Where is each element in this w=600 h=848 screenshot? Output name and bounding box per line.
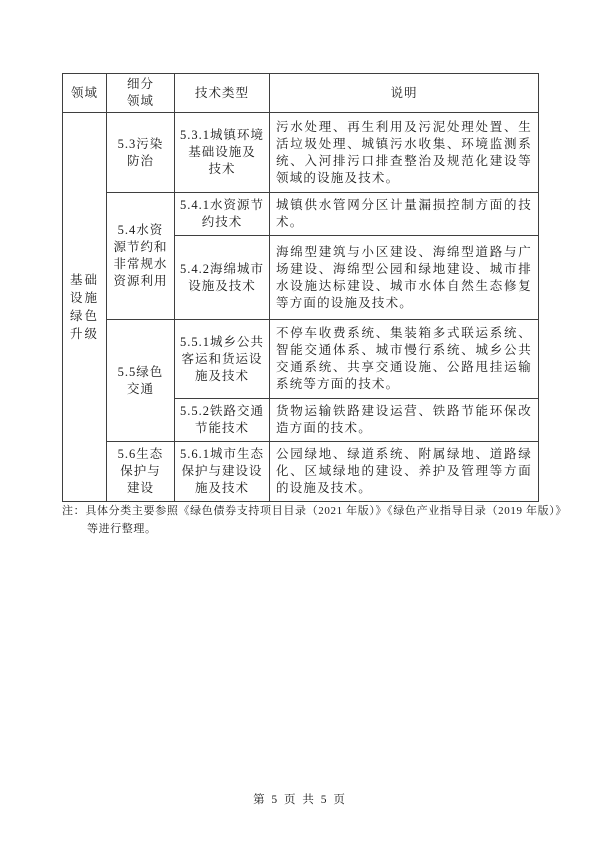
tech-type-cell: 5.5.2铁路交通 节能技术: [175, 399, 270, 442]
tech-type-cell: 5.5.1城乡公共 客运和货运设 施及技术: [175, 320, 270, 399]
subdomain-cell: 5.5绿色 交通: [107, 320, 175, 442]
description-cell: 污水处理、再生利用及污泥处理处置、生活垃圾处理、城镇污水收集、环境监测系统、入河…: [270, 113, 539, 193]
description-cell: 不停车收费系统、集装箱多式联运系统、智能交通体系、城市慢行系统、城乡公共交通系统…: [270, 320, 539, 399]
column-header-tech-type: 技术类型: [175, 74, 270, 113]
classification-table: 领域 细分 领域 技术类型 说明 基础 设施 绿色 升级 5.3污染 防治 5.…: [62, 73, 539, 502]
description-cell: 货物运输铁路建设运营、铁路节能环保改造方面的技术。: [270, 399, 539, 442]
tech-type-cell: 5.4.2海绵城市 设施及技术: [175, 236, 270, 320]
description-cell: 城镇供水管网分区计量漏损控制方面的技术。: [270, 193, 539, 236]
note-label: 注：: [62, 505, 85, 517]
tech-type-cell: 5.6.1城市生态 保护与建设设 施及技术: [175, 442, 270, 502]
domain-cell: 基础 设施 绿色 升级: [63, 113, 107, 502]
table-row: 5.6生态 保护与 建设 5.6.1城市生态 保护与建设设 施及技术 公园绿地、…: [63, 442, 539, 502]
header-row: 领域 细分 领域 技术类型 说明: [63, 74, 539, 113]
table-row: 5.4水资 源节约和 非常规水 资源利用 5.4.1水资源节 约技术 城镇供水管…: [63, 193, 539, 236]
note-text: 具体分类主要参照《绿色债券支持项目目录（2021 年版）》《绿色产业指导目录（2…: [85, 505, 567, 535]
column-header-description: 说明: [270, 74, 539, 113]
subdomain-cell: 5.3污染 防治: [107, 113, 175, 193]
tech-type-cell: 5.3.1城镇环境 基础设施及 技术: [175, 113, 270, 193]
subdomain-cell: 5.6生态 保护与 建设: [107, 442, 175, 502]
column-header-subdomain: 细分 领域: [107, 74, 175, 113]
document-page: 领域 细分 领域 技术类型 说明 基础 设施 绿色 升级 5.3污染 防治 5.…: [0, 0, 600, 848]
tech-type-cell: 5.4.1水资源节 约技术: [175, 193, 270, 236]
description-cell: 海绵型建筑与小区建设、海绵型道路与广场建设、海绵型公园和绿地建设、城市排水设施达…: [270, 236, 539, 320]
table-row: 5.5绿色 交通 5.5.1城乡公共 客运和货运设 施及技术 不停车收费系统、集…: [63, 320, 539, 399]
table-note: 注：具体分类主要参照《绿色债券支持项目目录（2021 年版）》《绿色产业指导目录…: [62, 503, 567, 538]
subdomain-cell: 5.4水资 源节约和 非常规水 资源利用: [107, 193, 175, 320]
table-row: 基础 设施 绿色 升级 5.3污染 防治 5.3.1城镇环境 基础设施及 技术 …: [63, 113, 539, 193]
column-header-domain: 领域: [63, 74, 107, 113]
description-cell: 公园绿地、绿道系统、附属绿地、道路绿化、区域绿地的建设、养护及管理等方面的设施及…: [270, 442, 539, 502]
page-number: 第 5 页 共 5 页: [0, 791, 600, 807]
